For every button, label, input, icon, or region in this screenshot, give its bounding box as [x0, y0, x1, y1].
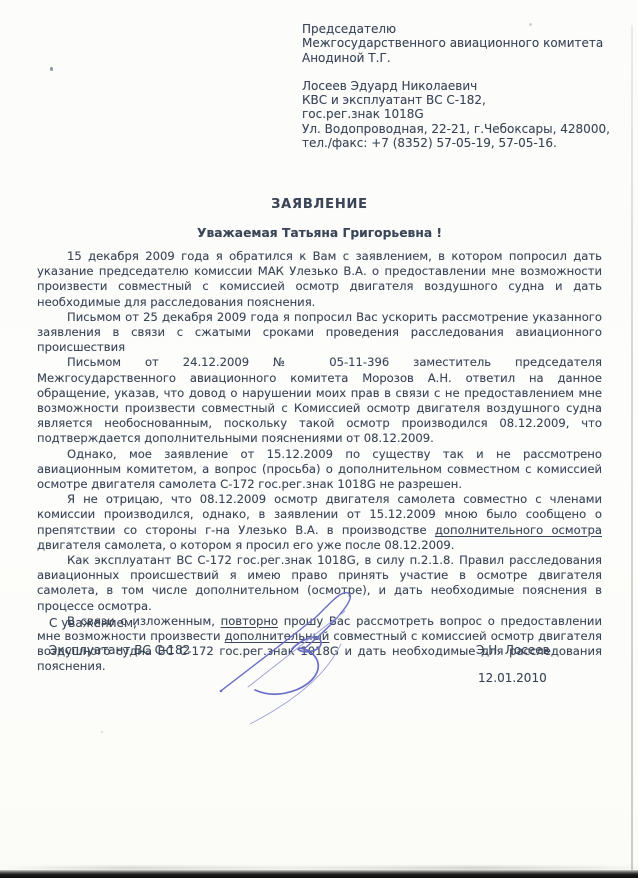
- scanned-letter-page: Председателю Межгосударственного авиацио…: [0, 0, 638, 878]
- signer-role: Эксплуатант ВС С-182: [49, 643, 190, 657]
- body-paragraph: Однако, мое заявление от 15.12.2009 по с…: [37, 447, 602, 493]
- handwritten-signature: [208, 586, 360, 736]
- scan-bottom-edge: [0, 870, 638, 878]
- closing-regards: С уважением,: [49, 616, 137, 630]
- sender-line: Ул. Водопроводная, 22-21, г.Чебоксары, 4…: [302, 122, 610, 136]
- body-paragraph: Письмом от 25 декабря 2009 года я попрос…: [37, 310, 602, 356]
- scan-speck: [101, 731, 103, 733]
- body-paragraph: 15 декабря 2009 года я обратился к Вам с…: [37, 249, 602, 310]
- scan-speck: [50, 67, 53, 71]
- document-title: ЗАЯВЛЕНИЕ: [37, 197, 602, 212]
- salutation-line: Уважаемая Татьяна Григорьевна !: [37, 226, 602, 240]
- signer-name: Э.Н. Лосеев: [476, 643, 550, 657]
- letter-date: 12.01.2010: [478, 671, 547, 685]
- recipient-block: Председателю Межгосударственного авиацио…: [302, 22, 610, 65]
- sender-line: Лосеев Эдуард Николаевич: [302, 79, 610, 93]
- body-paragraph: Письмом от 24.12.2009 № 05-11-396 замест…: [37, 355, 602, 446]
- body-paragraph: Я не отрицаю, что 08.12.2009 осмотр двиг…: [37, 492, 602, 553]
- sender-line: КВС и эксплуатант ВС С-182,: [302, 93, 610, 107]
- letter-header: Председателю Межгосударственного авиацио…: [302, 22, 610, 150]
- sender-line: тел./факс: +7 (8352) 57-05-19, 57-05-16.: [302, 136, 610, 150]
- recipient-line: Анодиной Т.Г.: [302, 51, 610, 65]
- sender-line: гос.рег.знак 1018G: [302, 107, 610, 121]
- scan-speck: [529, 23, 532, 26]
- recipient-line: Межгосударственного авиационного комитет…: [302, 36, 610, 50]
- recipient-line: Председателю: [302, 22, 610, 36]
- sender-block: Лосеев Эдуард Николаевич КВС и эксплуата…: [302, 79, 610, 150]
- paper-right-edge: [631, 25, 633, 872]
